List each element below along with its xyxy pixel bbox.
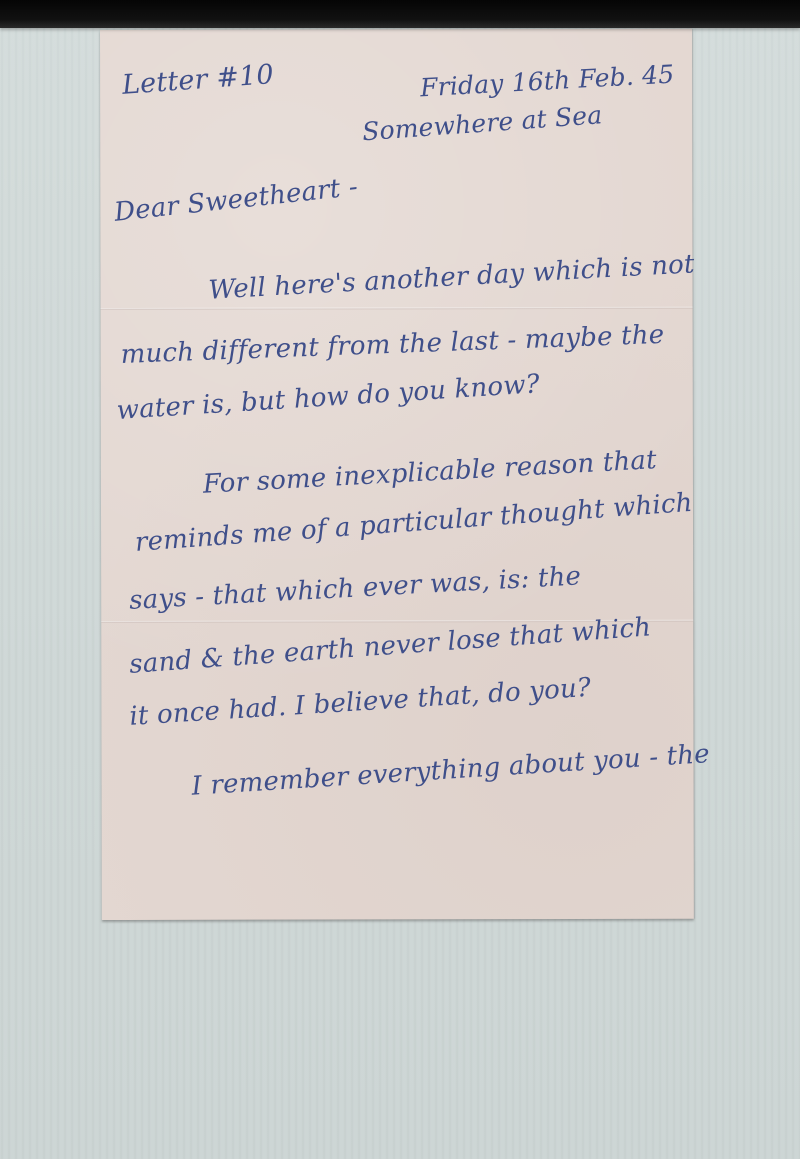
letter-salutation: Dear Sweetheart -	[113, 172, 359, 228]
letter-body-line: For some inexplicable reason that	[202, 445, 657, 500]
letter-number: Letter #10	[121, 59, 275, 101]
paper-fold-line	[101, 307, 693, 310]
letter-body-line: water is, but how do you know?	[116, 369, 541, 426]
letter-body-line: it once had. I believe that, do you?	[128, 673, 591, 732]
letter-date: Friday 16th Feb. 45	[419, 60, 675, 103]
letter-body-line: I remember everything about you - the	[191, 739, 711, 802]
letter-location: Somewhere at Sea	[361, 100, 603, 146]
letter-body-line: Well here's another day which is not	[208, 249, 696, 305]
scanner-top-edge	[0, 0, 800, 28]
letter-page: Letter #10 Friday 16th Feb. 45 Somewhere…	[100, 29, 694, 920]
letter-body-line: says - that which ever was, is: the	[128, 561, 581, 616]
letter-body-line: much different from the last - maybe the	[120, 320, 665, 370]
